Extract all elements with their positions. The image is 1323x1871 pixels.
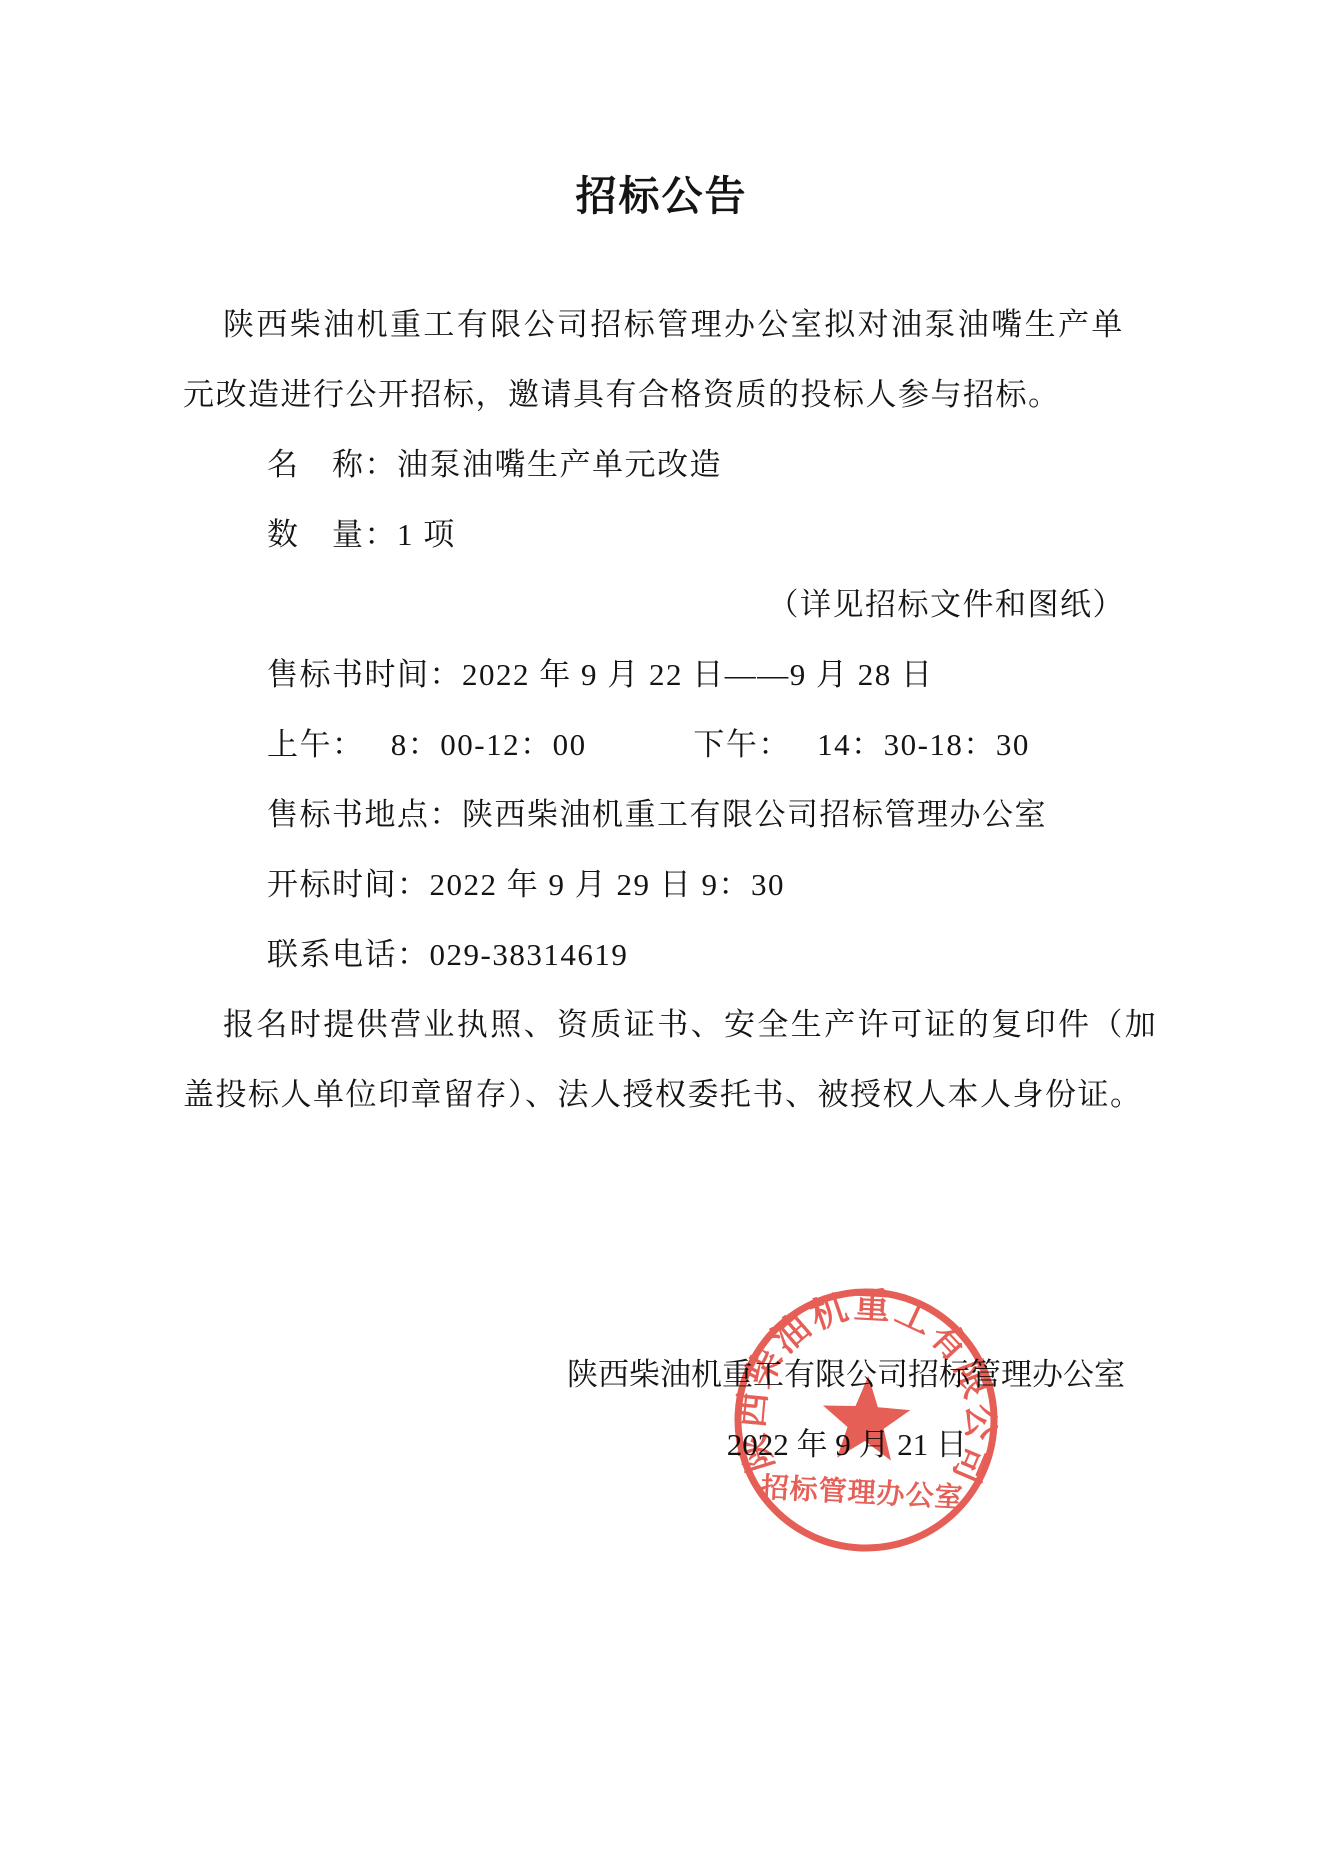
quantity-line: 数 量：1 项 [183,500,1125,570]
opening-time-line: 开标时间：2022 年 9 月 29 日 9：30 [183,850,1125,920]
sale-hours-line: 上午： 8：00-12：00 下午： 14：30-18：30 [183,710,1125,780]
signature-date: 2022 年 9 月 21 日 [183,1410,1125,1480]
document-page: 招标公告 陕西柴油机重工有限公司招标管理办公室拟对油泵油嘴生产单 元改造进行公开… [0,0,1323,1871]
sale-place-line: 售标书地点：陕西柴油机重工有限公司招标管理办公室 [183,780,1125,850]
signature-block: 陕西柴油机重工有限公司招标管理办公室 2022 年 9 月 21 日 [183,1340,1125,1480]
phone-line: 联系电话：029-38314619 [183,920,1125,990]
project-name-line: 名 称：油泵油嘴生产单元改造 [183,430,1125,500]
page-title: 招标公告 [0,163,1323,222]
requirements-line-1: 报名时提供营业执照、资质证书、安全生产许可证的复印件（加 [183,990,1125,1060]
document-body: 陕西柴油机重工有限公司招标管理办公室拟对油泵油嘴生产单 元改造进行公开招标，邀请… [183,290,1125,1130]
intro-line-1: 陕西柴油机重工有限公司招标管理办公室拟对油泵油嘴生产单 [183,290,1125,360]
intro-line-2: 元改造进行公开招标，邀请具有合格资质的投标人参与招标。 [183,360,1125,430]
requirements-line-2: 盖投标人单位印章留存）、法人授权委托书、被授权人本人身份证。 [183,1060,1125,1130]
note-line: （详见招标文件和图纸） [183,570,1125,640]
signature-organization: 陕西柴油机重工有限公司招标管理办公室 [183,1340,1125,1410]
sale-time-line: 售标书时间：2022 年 9 月 22 日——9 月 28 日 [183,640,1125,710]
